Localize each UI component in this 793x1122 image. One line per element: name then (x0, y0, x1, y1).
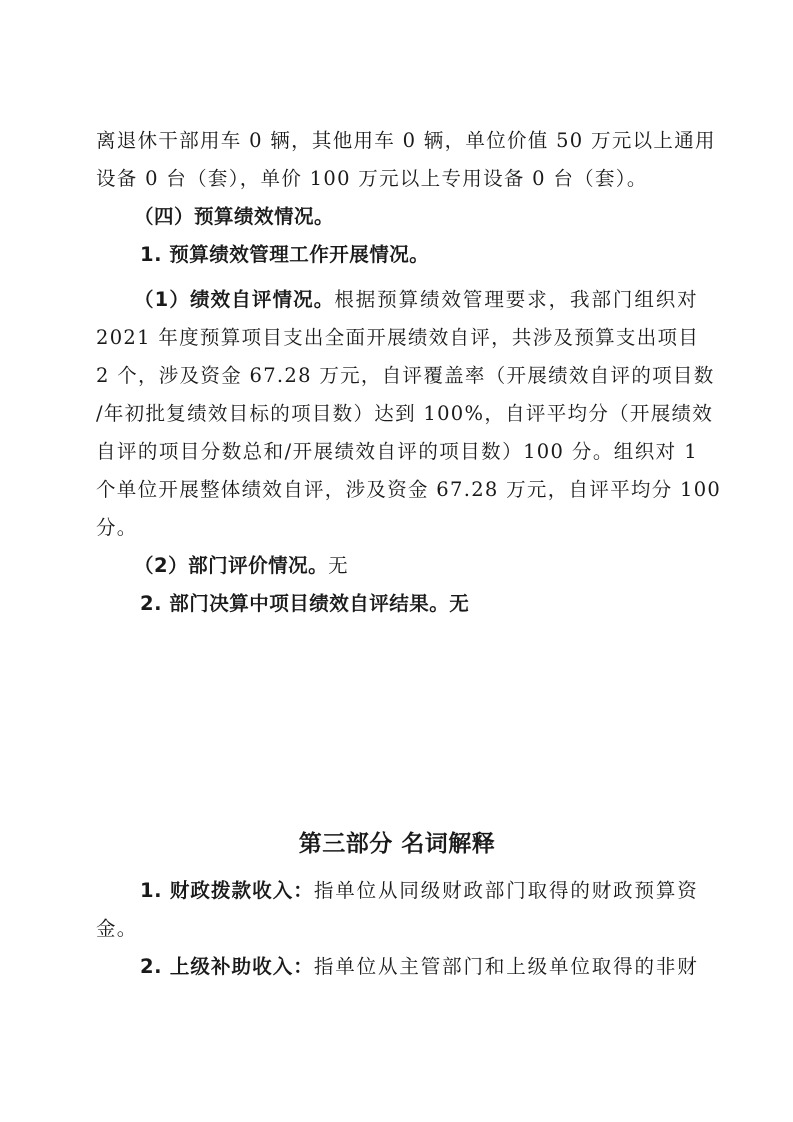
subsection-heading: 1. 预算绩效管理工作开展情况。 (96, 242, 698, 268)
term-label: 1. 财政拨款收入： (140, 879, 314, 902)
self-eval-label: （1）绩效自评情况。 (134, 288, 334, 311)
term-definition: 指单位从主管部门和上级单位取得的非财 (314, 955, 698, 978)
paragraph-line: /年初批复绩效目标的项目数）达到 100%，自评平均分（开展绩效 (96, 401, 698, 427)
dept-eval-value: 无 (328, 554, 349, 577)
project-result-label: 2. 部门决算中项目绩效自评结果。 (140, 592, 449, 615)
paragraph-line: 自评的项目分数总和/开展绩效自评的项目数）100 分。组织对 1 (96, 439, 698, 465)
paragraph-line: 分。 (96, 515, 698, 541)
paragraph-line: 2021 年度预算项目支出全面开展绩效自评，共涉及预算支出项目 (96, 325, 698, 351)
term-label: 2. 上级补助收入： (140, 955, 314, 978)
term-first-line: 2. 上级补助收入：指单位从主管部门和上级单位取得的非财 (96, 954, 698, 980)
dept-eval-line: （2）部门评价情况。无 (96, 553, 698, 579)
term-definition: 指单位从同级财政部门取得的财政预算资 (314, 879, 698, 902)
paragraph-line: 2 个，涉及资金 67.28 万元，自评覆盖率（开展绩效自评的项目数 (96, 363, 698, 389)
self-eval-text: 根据预算绩效管理要求，我部门组织对 (334, 288, 698, 311)
part-three-title: 第三部分 名词解释 (96, 829, 698, 859)
paragraph-line: 离退休干部用车 0 辆，其他用车 0 辆，单位价值 50 万元以上通用 (96, 128, 698, 154)
project-result-line: 2. 部门决算中项目绩效自评结果。无 (96, 591, 698, 617)
project-result-value: 无 (449, 592, 469, 615)
section-heading: （四）预算绩效情况。 (96, 204, 698, 230)
self-eval-first-line: （1）绩效自评情况。根据预算绩效管理要求，我部门组织对 (96, 287, 698, 313)
paragraph-line: 设备 0 台（套），单价 100 万元以上专用设备 0 台（套）。 (96, 166, 698, 192)
term-first-line: 1. 财政拨款收入：指单位从同级财政部门取得的财政预算资 (96, 878, 698, 904)
paragraph-line: 个单位开展整体绩效自评，涉及资金 67.28 万元，自评平均分 100 (96, 477, 698, 503)
term-continuation: 金。 (96, 916, 698, 942)
dept-eval-label: （2）部门评价情况。 (134, 554, 328, 577)
